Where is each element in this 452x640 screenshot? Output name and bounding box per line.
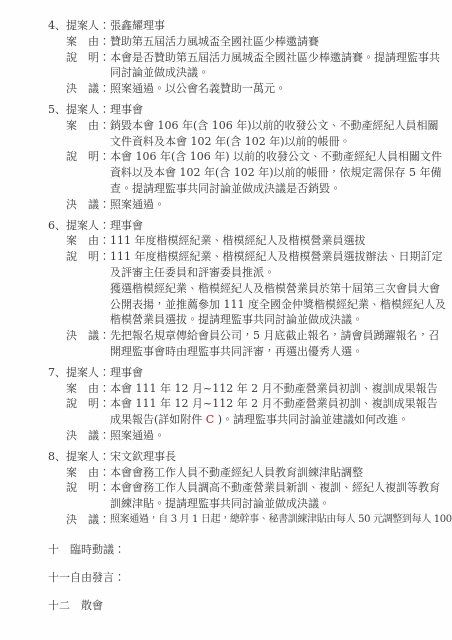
proposal-header: 5、提案人：理事會 xyxy=(48,102,447,118)
field-label: 說 明： xyxy=(66,396,110,412)
field-label: 決 議： xyxy=(66,512,110,528)
explanation-field: 說 明： 本會 106 年(含 106 年) 以前的收發公文、不動產經紀人員相關… xyxy=(66,149,447,196)
proposer-label: 提案人： xyxy=(66,103,110,116)
resolution-field: 決 議： 照案通過。以公會名義贊助一萬元。 xyxy=(66,81,447,97)
proposal-item: 4、提案人：張鑫耀理事 案 由： 贊助第五屆活力風城盃全國社區少棒邀請賽 說 明… xyxy=(48,18,447,97)
proposal-item: 8、提案人：宋文欽理事長 案 由： 本會會務工作人員不動產經紀人員教育訓練津貼調… xyxy=(48,449,447,528)
field-label: 說 明： xyxy=(66,149,110,165)
proposer-name: 理事會 xyxy=(110,219,143,232)
proposal-number: 5、 xyxy=(48,102,66,118)
field-content: 本會 106 年(含 106 年) 以前的收發公文、不動產經紀人員相關文件資料以… xyxy=(110,149,447,196)
case-field: 案 由： 銷毀本會 106 年(含 106 年)以前的收發公文、不動產經紀人員相… xyxy=(66,118,447,150)
field-label: 決 議： xyxy=(66,197,110,213)
proposal-header: 8、提案人：宋文欽理事長 xyxy=(48,449,447,465)
proposer-label: 提案人： xyxy=(66,366,110,379)
field-content: 照案通過。 xyxy=(110,428,447,444)
proposal-number: 4、 xyxy=(48,18,66,34)
explanation-paragraph: 獲選楷模經紀業、楷模經紀人及楷模營業員於第十屆第三次會員大會公開表揚，並推薦參加… xyxy=(110,281,447,328)
field-label: 決 議： xyxy=(66,328,110,344)
field-content: 111 年度楷模經紀業、楷模經紀人及楷模營業員選拔 xyxy=(110,233,447,249)
document-page: 4、提案人：張鑫耀理事 案 由： 贊助第五屆活力風城盃全國社區少棒邀請賽 說 明… xyxy=(0,0,452,640)
case-field: 案 由： 贊助第五屆活力風城盃全國社區少棒邀請賽 xyxy=(66,34,447,50)
agenda-item-adjournment: 十二 散會 xyxy=(48,598,447,614)
explanation-field: 說 明： 本會會務工作人員調高不動產營業員新訓、複訓、經紀人複訓等教育訓練津貼。… xyxy=(66,480,447,512)
field-label: 案 由： xyxy=(66,233,110,249)
field-content: 本會是否贊助第五屆活力風城盃全國社區少棒邀請賽。提請理監事共同討論並做成決議。 xyxy=(110,50,447,82)
explanation-field: 說 明： 111 年度楷模經紀業、楷模經紀人及楷模營業員選拔辦法、日期訂定及評審… xyxy=(66,249,447,328)
field-content: 本會會務工作人員調高不動產營業員新訓、複訓、經紀人複訓等教育訓練津貼。提請理監事… xyxy=(110,480,447,512)
proposal-number: 7、 xyxy=(48,365,66,381)
field-content: 照案通過。以公會名義贊助一萬元。 xyxy=(110,81,447,97)
proposer-label: 提案人： xyxy=(66,219,110,232)
field-content: 贊助第五屆活力風城盃全國社區少棒邀請賽 xyxy=(110,34,447,50)
field-label: 說 明： xyxy=(66,249,110,265)
case-field: 案 由： 111 年度楷模經紀業、楷模經紀人及楷模營業員選拔 xyxy=(66,233,447,249)
proposal-item: 6、提案人：理事會 案 由： 111 年度楷模經紀業、楷模經紀人及楷模營業員選拔… xyxy=(48,218,447,360)
resolution-field: 決 議： 先把報名規章傳給會員公司，5 月底截止報名，請會員踴躍報名，召開理監事… xyxy=(66,328,447,360)
proposer-name: 張鑫耀理事 xyxy=(110,19,165,32)
resolution-field: 決 議： 照案通過。 xyxy=(66,428,447,444)
field-label: 案 由： xyxy=(66,381,110,397)
case-field: 案 由： 本會會務工作人員不動產經紀人員教育訓練津貼調整 xyxy=(66,465,447,481)
case-field: 案 由： 本會 111 年 12 月~112 年 2 月不動產營業員初訓、複訓成… xyxy=(66,381,447,397)
proposal-item: 5、提案人：理事會 案 由： 銷毀本會 106 年(含 106 年)以前的收發公… xyxy=(48,102,447,213)
proposer-name: 理事會 xyxy=(110,366,143,379)
proposal-header: 6、提案人：理事會 xyxy=(48,218,447,234)
agenda-item-open-remarks: 十一自由發言： xyxy=(48,570,447,586)
explanation-paragraph: 111 年度楷模經紀業、楷模經紀人及楷模營業員選拔辦法、日期訂定及評審主任委員和… xyxy=(110,249,447,281)
proposal-item: 7、提案人：理事會 案 由： 本會 111 年 12 月~112 年 2 月不動… xyxy=(48,365,447,444)
resolution-field: 決 議： 照案通過，自 3 月 1 日起，總幹事、秘書訓練津貼由每人 50 元調… xyxy=(66,512,447,528)
field-label: 案 由： xyxy=(66,34,110,50)
proposer-name: 理事會 xyxy=(110,103,143,116)
field-label: 決 議： xyxy=(66,428,110,444)
field-label: 說 明： xyxy=(66,50,110,66)
field-content: 本會 111 年 12 月~112 年 2 月不動產營業員初訓、複訓成果報告成果… xyxy=(110,396,447,428)
explanation-field: 說 明： 本會是否贊助第五屆活力風城盃全國社區少棒邀請賽。提請理監事共同討論並做… xyxy=(66,50,447,82)
proposer-label: 提案人： xyxy=(66,19,110,32)
proposer-label: 提案人： xyxy=(66,450,110,463)
field-content: 先把報名規章傳給會員公司，5 月底截止報名，請會員踴躍報名，召開理監事會時由理監… xyxy=(110,328,447,360)
attachment-ref: C xyxy=(206,413,214,426)
field-label: 案 由： xyxy=(66,118,110,134)
field-content: 銷毀本會 106 年(含 106 年)以前的收發公文、不動產經紀人員相關文件資料… xyxy=(110,118,447,150)
field-content: 本會會務工作人員不動產經紀人員教育訓練津貼調整 xyxy=(110,465,447,481)
closing-section: 十 臨時動議： 十一自由發言： 十二 散會 xyxy=(48,542,447,614)
explanation-field: 說 明： 本會 111 年 12 月~112 年 2 月不動產營業員初訓、複訓成… xyxy=(66,396,447,428)
proposer-name: 宋文欽理事長 xyxy=(110,450,176,463)
proposal-number: 8、 xyxy=(48,449,66,465)
field-label: 說 明： xyxy=(66,480,110,496)
field-content: 本會 111 年 12 月~112 年 2 月不動產營業員初訓、複訓成果報告 xyxy=(110,381,447,397)
proposal-number: 6、 xyxy=(48,218,66,234)
field-content: 111 年度楷模經紀業、楷模經紀人及楷模營業員選拔辦法、日期訂定及評審主任委員和… xyxy=(110,249,447,328)
field-content: 照案通過。 xyxy=(110,197,447,213)
resolution-field: 決 議： 照案通過。 xyxy=(66,197,447,213)
field-content: 照案通過，自 3 月 1 日起，總幹事、秘書訓練津貼由每人 50 元調整到每人 … xyxy=(110,512,447,528)
field-label: 案 由： xyxy=(66,465,110,481)
proposal-header: 7、提案人：理事會 xyxy=(48,365,447,381)
proposal-header: 4、提案人：張鑫耀理事 xyxy=(48,18,447,34)
explanation-text: )。請理監事共同討論並建議如何改進。 xyxy=(214,413,409,426)
field-label: 決 議： xyxy=(66,81,110,97)
agenda-item-extempore-motions: 十 臨時動議： xyxy=(48,542,447,558)
